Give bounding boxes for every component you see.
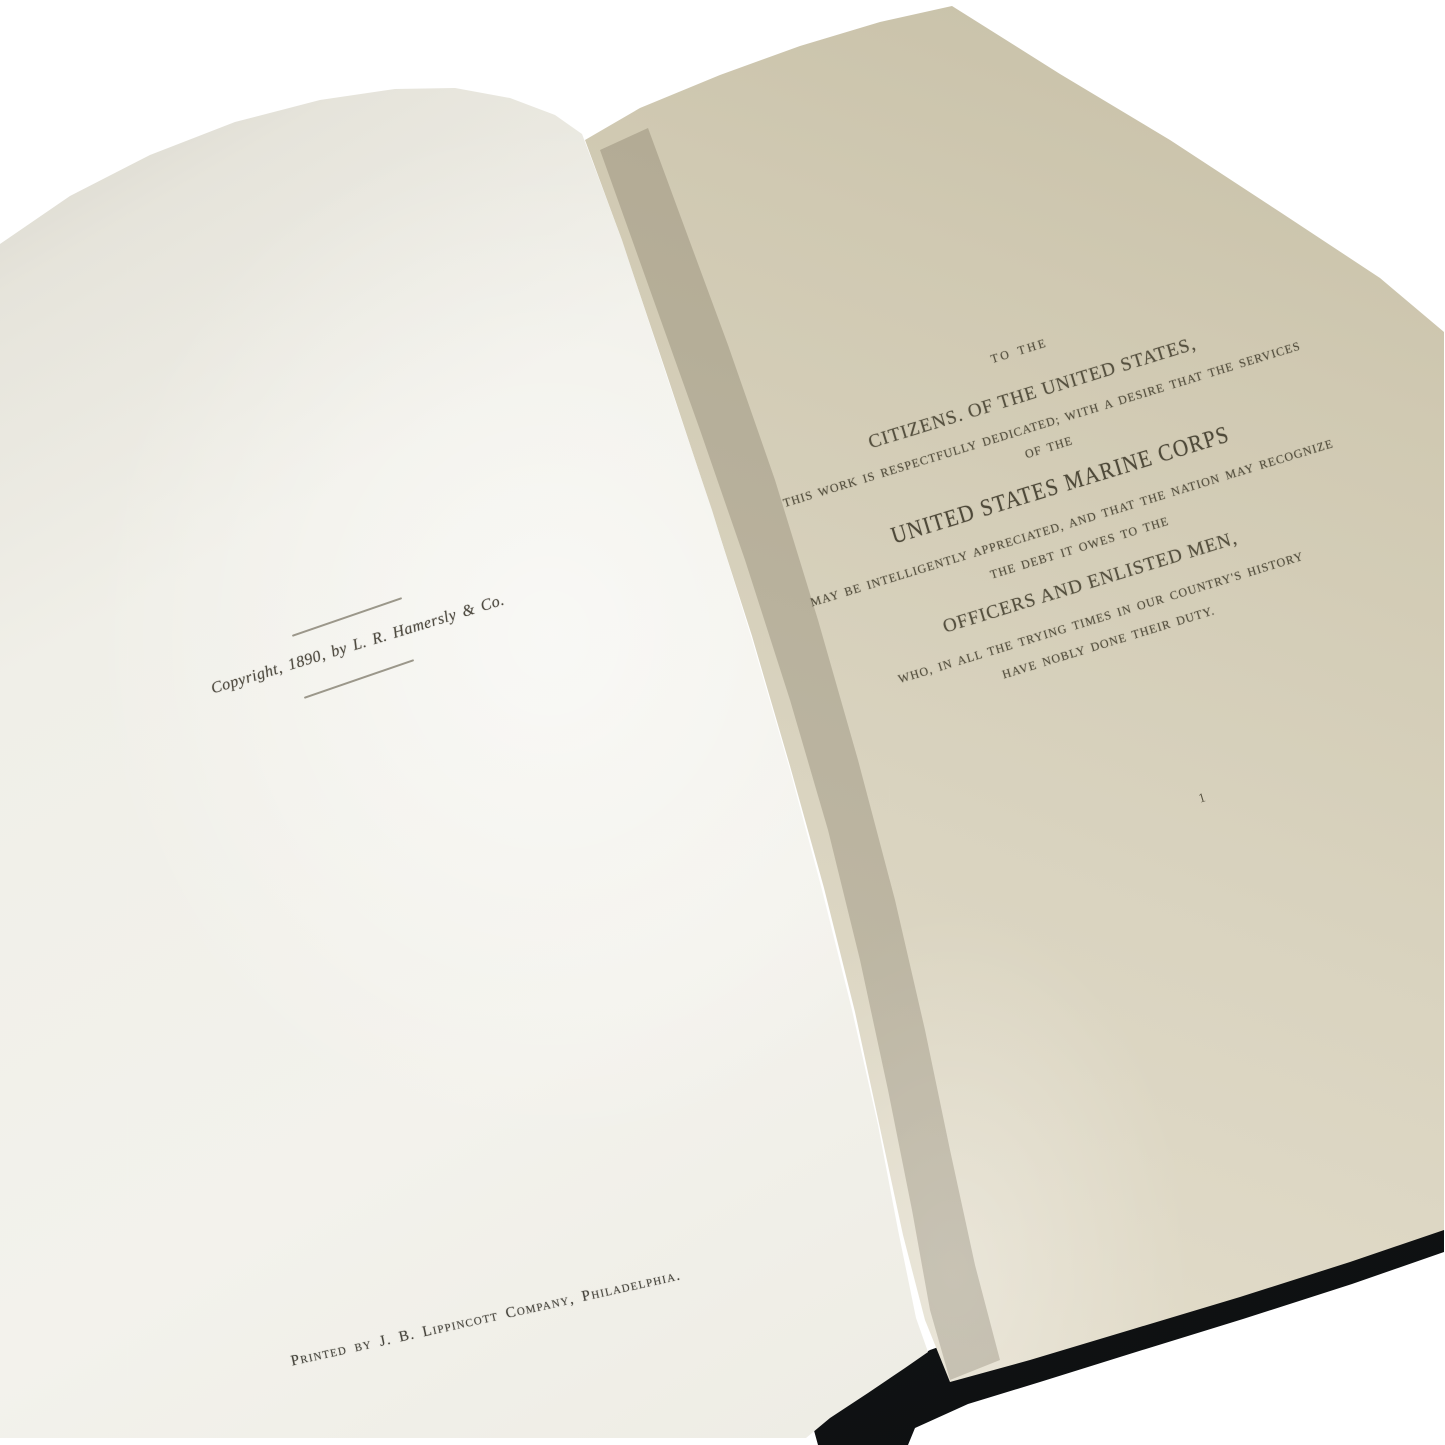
book-photo: TO THE CITIZENS. OF THE UNITED STATES, T… [0, 0, 1445, 1445]
printer-imprint-text: Printed by J. B. Lippincott Company, Phi… [289, 1268, 682, 1371]
dedication-block: TO THE CITIZENS. OF THE UNITED STATES, T… [654, 233, 1445, 761]
copyright-text: Copyright, 1890, by L. R. Hamersly & Co. [209, 592, 507, 699]
signature-mark: 1 [1197, 789, 1208, 806]
dedication-line: OFFICERS AND ENLISTED MEN, [723, 460, 1445, 705]
